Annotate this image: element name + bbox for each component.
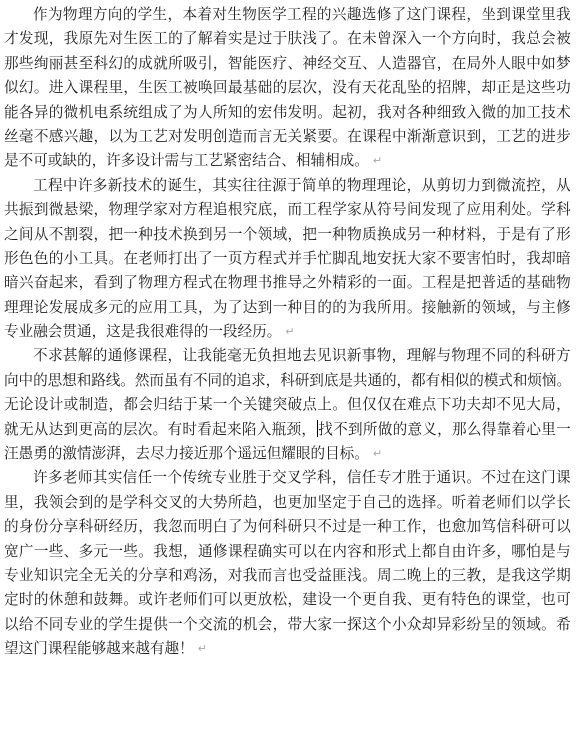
text-line: 里，我领会到的是学科交叉的大势所趋，也更加坚定于自己的选择。听着老师们以学长: [4, 491, 571, 515]
text-line: 工程中许多新技术的诞生，其实往往源于简单的物理理论，从剪切力到微流控，从: [4, 174, 571, 198]
paragraph-mark-icon: ↵: [373, 442, 382, 466]
text-line: 定时的休憩和鼓舞。或许老师们可以更放松，建设一个更自我、更有特色的课堂，也可: [4, 588, 571, 612]
text-after-caret: 找不到所做的意义，那么得靠着心里一: [318, 421, 571, 438]
line-text: 定时的休憩和鼓舞。或许老师们可以更放松，建设一个更自我、更有特色的课堂，也可: [4, 588, 571, 612]
text-line: 能各异的微机电系统组成了为人所知的宏伟发明。起初，我对各种细致入微的加工技术: [4, 101, 571, 125]
paragraph-2[interactable]: 工程中许多新技术的诞生，其实往往源于简单的物理理论，从剪切力到微流控，从 共振到…: [4, 174, 571, 345]
paragraph-3[interactable]: 不求甚解的通修课程，让我能毫无负担地去见识新事物，理解与物理不同的科研方 向中的…: [4, 344, 571, 466]
line-text: 共振到微悬梁，物理学家对方程追根究底，而工程学家从符号间发现了应用利处。学科: [4, 198, 571, 222]
text-line: 暗兴奋起来，看到了物理方程式在物理书推导之外精彩的一面。工程是把普适的基础物: [4, 271, 571, 295]
line-text: 专业知识完全无关的分享和鸡汤，对我而言也受益匪浅。周二晚上的三教，是我这学期: [4, 564, 571, 588]
paragraph-mark-icon: ↵: [198, 637, 207, 661]
text-line: 那些绚丽甚至科幻的成就所吸引，智能医疗、神经交互、人造器官，在局外人眼中如梦: [4, 52, 571, 76]
text-line: 望这门课程能够越来越有趣！↵: [4, 637, 571, 661]
line-text: 许多老师其实信任一个传统专业胜于交叉学科，信任专才胜于通识。不过在这门课: [33, 466, 571, 490]
line-text: 形色色的小工具。在老师打出了一页方程式并手忙脚乱地安抚大家不要害怕时，我却暗: [4, 247, 571, 271]
text-line: 无论设计或制造，都会归结于某一个关键突破点上。但仅仅在难点下功夫却不见大局，: [4, 393, 571, 417]
line-text: 作为物理方向的学生，本着对生物医学工程的兴趣选修了这门课程，坐到课堂里我: [33, 3, 571, 27]
text-line: 似幻。进入课程里，生医工被唤回最基础的层次，没有天花乱坠的招牌，却正是这些功: [4, 76, 571, 100]
line-text: 工程中许多新技术的诞生，其实往往源于简单的物理理论，从剪切力到微流控，从: [33, 174, 571, 198]
text-line: 的身份分享科研经历，我忽而明白了为何科研只不过是一种工作，也愈加笃信科研可以: [4, 515, 571, 539]
text-line: 是不可或缺的，许多设计需与工艺紧密结合、相辅相成。↵: [4, 149, 571, 173]
line-text: 不求甚解的通修课程，让我能毫无负担地去见识新事物，理解与物理不同的科研方: [33, 344, 571, 368]
text-line: 共振到微悬梁，物理学家对方程追根究底，而工程学家从符号间发现了应用利处。学科: [4, 198, 571, 222]
paragraph-4[interactable]: 许多老师其实信任一个传统专业胜于交叉学科，信任专才胜于通识。不过在这门课 里，我…: [4, 466, 571, 661]
text-line: 丝毫不感兴趣，以为工艺对发明创造而言无关紧要。在课程中渐渐意识到，工艺的进步: [4, 125, 571, 149]
paragraph-1[interactable]: 作为物理方向的学生，本着对生物医学工程的兴趣选修了这门课程，坐到课堂里我 才发现…: [4, 3, 571, 174]
line-text: 向中的思想和路线。然而虽有不同的追求，科研到底是共通的，都有相似的模式和烦恼。: [4, 369, 571, 393]
line-text: 望这门课程能够越来越有趣！: [4, 637, 194, 661]
document-body[interactable]: 作为物理方向的学生，本着对生物医学工程的兴趣选修了这门课程，坐到课堂里我 才发现…: [0, 0, 577, 662]
line-text: 理理论发展成多元的应用工具，为了达到一种目的的为我所用。接触新的领域，与主修: [4, 296, 571, 320]
text-line: 理理论发展成多元的应用工具，为了达到一种目的的为我所用。接触新的领域，与主修: [4, 296, 571, 320]
text-line: 不求甚解的通修课程，让我能毫无负担地去见识新事物，理解与物理不同的科研方: [4, 344, 571, 368]
text-line: 向中的思想和路线。然而虽有不同的追求，科研到底是共通的，都有相似的模式和烦恼。: [4, 369, 571, 393]
line-text: 才发现，我原先对生医工的了解着实是过于肤浅了。在未曾深入一个方向时，我总会被: [4, 27, 571, 51]
line-text: 暗兴奋起来，看到了物理方程式在物理书推导之外精彩的一面。工程是把普适的基础物: [4, 271, 571, 295]
line-text: 那些绚丽甚至科幻的成就所吸引，智能医疗、神经交互、人造器官，在局外人眼中如梦: [4, 52, 571, 76]
line-text: 以给不同专业的学生提供一个交流的机会，带大家一探这个小众却异彩纷呈的领域。希: [4, 613, 571, 637]
line-text: 是不可或缺的，许多设计需与工艺紧密结合、相辅相成。: [4, 149, 369, 173]
line-text: 无论设计或制造，都会归结于某一个关键突破点上。但仅仅在难点下功夫却不见大局，: [4, 393, 571, 417]
line-text: 丝毫不感兴趣，以为工艺对发明创造而言无关紧要。在课程中渐渐意识到，工艺的进步: [4, 125, 571, 149]
line-text: 似幻。进入课程里，生医工被唤回最基础的层次，没有天花乱坠的招牌，却正是这些功: [4, 76, 571, 100]
text-line: 就无从达到更高的层次。有时看起来陷入瓶颈，找不到所做的意义，那么得靠着心里一: [4, 418, 571, 442]
text-line: 许多老师其实信任一个传统专业胜于交叉学科，信任专才胜于通识。不过在这门课: [4, 466, 571, 490]
line-text: 能各异的微机电系统组成了为人所知的宏伟发明。起初，我对各种细致入微的加工技术: [4, 101, 571, 125]
text-line: 专业知识完全无关的分享和鸡汤，对我而言也受益匪浅。周二晚上的三教，是我这学期: [4, 564, 571, 588]
line-text: 之间从不割裂，把一种技术换到另一个领域，把一种物质换成另一种材料，于是有了形: [4, 223, 571, 247]
paragraph-mark-icon: ↵: [285, 320, 294, 344]
text-line: 之间从不割裂，把一种技术换到另一个领域，把一种物质换成另一种材料，于是有了形: [4, 223, 571, 247]
paragraph-mark-icon: ↵: [373, 149, 382, 173]
line-text: 里，我领会到的是学科交叉的大势所趋，也更加坚定于自己的选择。听着老师们以学长: [4, 491, 571, 515]
line-text: 汪愚勇的激情澎湃，去尽力接近那个遥远但耀眼的目标。: [4, 442, 369, 466]
line-text: 宽广一些、多元一些。我想，通修课程确实可以在内容和形式上都自由许多，哪怕是与: [4, 540, 571, 564]
text-line: 以给不同专业的学生提供一个交流的机会，带大家一探这个小众却异彩纷呈的领域。希: [4, 613, 571, 637]
text-line: 才发现，我原先对生医工的了解着实是过于肤浅了。在未曾深入一个方向时，我总会被: [4, 27, 571, 51]
text-line: 宽广一些、多元一些。我想，通修课程确实可以在内容和形式上都自由许多，哪怕是与: [4, 540, 571, 564]
text-line: 作为物理方向的学生，本着对生物医学工程的兴趣选修了这门课程，坐到课堂里我: [4, 3, 571, 27]
text-line: 形色色的小工具。在老师打出了一页方程式并手忙脚乱地安抚大家不要害怕时，我却暗: [4, 247, 571, 271]
text-line: 汪愚勇的激情澎湃，去尽力接近那个遥远但耀眼的目标。↵: [4, 442, 571, 466]
text-before-caret: 就无从达到更高的层次。有时看起来陷入瓶颈，: [4, 421, 316, 438]
line-text: 就无从达到更高的层次。有时看起来陷入瓶颈，找不到所做的意义，那么得靠着心里一: [4, 418, 571, 442]
text-line: 专业融会贯通，这是我很难得的一段经历。↵: [4, 320, 571, 344]
line-text: 的身份分享科研经历，我忽而明白了为何科研只不过是一种工作，也愈加笃信科研可以: [4, 515, 571, 539]
line-text: 专业融会贯通，这是我很难得的一段经历。: [4, 320, 281, 344]
